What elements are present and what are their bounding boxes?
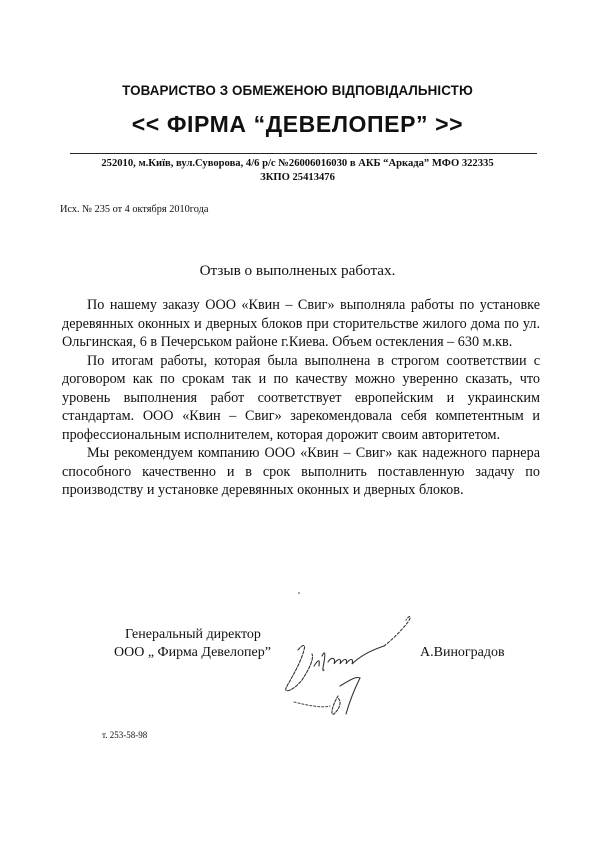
signatory-name: А.Виноградов (420, 645, 505, 661)
paragraph: По нашему заказу ООО «Квин – Свиг» выпол… (62, 296, 540, 352)
signatory-company: ООО „ Фирма Девелопер” (114, 645, 271, 661)
paragraph: Мы рекомендуем компанию ООО «Квин – Свиг… (62, 444, 540, 500)
phone-number: т. 253-58-98 (102, 730, 147, 740)
letter-page: ТОВАРИСТВО З ОБМЕЖЕНОЮ ВІДПОВІДАЛЬНІСТЮ … (0, 0, 595, 842)
outgoing-reference: Исх. № 235 от 4 октября 2010года (60, 204, 208, 215)
paragraph: По итогам работы, которая была выполнена… (62, 352, 540, 445)
scan-speck (298, 592, 300, 594)
handwritten-signature-icon (280, 610, 430, 725)
letterhead-divider (70, 153, 537, 154)
company-name-heading: << ФІРМА “ДЕВЕЛОПЕР” >> (0, 111, 595, 138)
company-code-line: ЗКПО 25413476 (0, 171, 595, 185)
signatory-position: Генеральный директор (125, 627, 261, 643)
company-address-block: 252010, м.Київ, вул.Суворова, 4/6 р/с №2… (0, 157, 595, 185)
document-title: Отзыв о выполненых работах. (0, 262, 595, 280)
company-type-heading: ТОВАРИСТВО З ОБМЕЖЕНОЮ ВІДПОВІДАЛЬНІСТЮ (0, 83, 595, 98)
letter-body: По нашему заказу ООО «Квин – Свиг» выпол… (62, 296, 540, 500)
address-line: 252010, м.Київ, вул.Суворова, 4/6 р/с №2… (0, 157, 595, 171)
